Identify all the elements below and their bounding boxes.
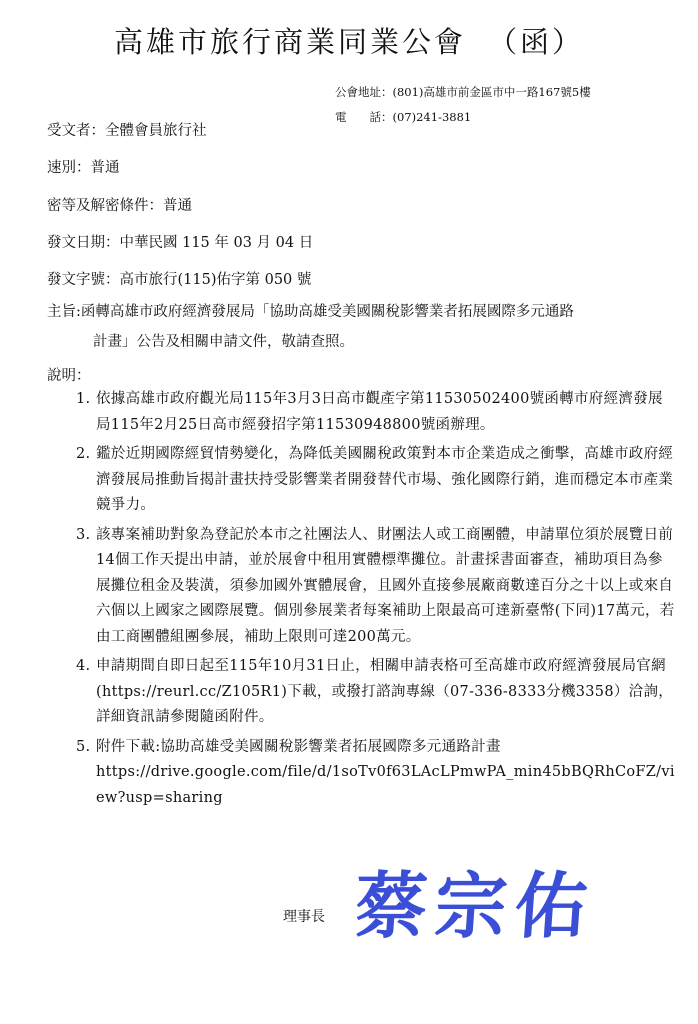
explanation-item: 4. 申請期間自即日起至115年10月31日止，相關申請表格可至高雄市政府經濟發… [76,654,676,731]
document-title: 高雄市旅行商業同業公會（函） [0,22,698,62]
doc-number-line: 發文字號：高市旅行(115)佑字第 050 號 [47,270,311,290]
explanation-list: 1. 依據高雄市政府觀光局115年3月3日高市觀產字第11530502400號函… [76,387,676,811]
subject-block: 主旨:函轉高雄市政府經濟發展局「協助高雄受美國關稅影響業者拓展國際多元通路 計畫… [47,297,677,357]
explanation-item: 3. 該專案補助對象為登記於本市之社團法人、財團法人或工商團體，申請單位須於展覽… [76,523,676,651]
item-text: 該專案補助對象為登記於本市之社團法人、財團法人或工商團體，申請單位須於展覽日前1… [96,523,676,651]
item-number: 1. [76,387,90,413]
item-text: 附件下載:協助高雄受美國關稅影響業者拓展國際多元通路計畫 [96,735,676,761]
explanation-label: 說明： [47,366,91,386]
item-number: 5. [76,735,90,761]
date-line: 發文日期：中華民國 115 年 03 月 04 日 [47,233,313,253]
attachment-link[interactable]: https://drive.google.com/file/d/1soTv0f6… [96,760,676,811]
org-contact-block: 公會地址：(801)高雄市前金區市中一路167號5樓 電 話：(07)241-3… [335,80,591,130]
subject-label: 主旨: [47,304,81,320]
phone-label: 電 話： [335,110,393,124]
item-number: 3. [76,523,90,549]
phone-value: (07)241-3881 [393,110,472,124]
address-value: (801)高雄市前金區市中一路167號5樓 [393,85,591,99]
address-row: 公會地址：(801)高雄市前金區市中一路167號5樓 [335,80,591,105]
explanation-item: 2. 鑑於近期國際經貿情勢變化，為降低美國關稅政策對本市企業造成之衝擊，高雄市政… [76,442,676,519]
signer-title: 理事長 [283,906,325,926]
speed-line: 速別：普通 [47,158,120,178]
address-label: 公會地址： [335,85,393,99]
recipient-line: 受文者：全體會員旅行社 [47,121,207,141]
subject-line-2: 計畫」公告及相關申請文件，敬請查照。 [47,327,677,357]
doc-type: （函） [488,25,584,59]
explanation-item: 1. 依據高雄市政府觀光局115年3月3日高市觀產字第11530502400號函… [76,387,676,438]
item-text: 鑑於近期國際經貿情勢變化，為降低美國關稅政策對本市企業造成之衝擊，高雄市政府經濟… [96,442,676,519]
phone-row: 電 話：(07)241-3881 [335,105,591,130]
item-text: 申請期間自即日起至115年10月31日止，相關申請表格可至高雄市政府經濟發展局官… [96,654,676,731]
subject-line-1: 函轉高雄市政府經濟發展局「協助高雄受美國關稅影響業者拓展國際多元通路 [81,304,574,320]
signature-stamp: 蔡宗佑 [352,856,599,956]
org-name: 高雄市旅行商業同業公會 [114,25,466,59]
item-text: 依據高雄市政府觀光局115年3月3日高市觀產字第11530502400號函轉市府… [96,387,676,438]
security-line: 密等及解密條件：普通 [47,196,192,216]
explanation-item: 5. 附件下載:協助高雄受美國關稅影響業者拓展國際多元通路計畫 https://… [76,735,676,812]
item-number: 2. [76,442,90,468]
item-number: 4. [76,654,90,680]
